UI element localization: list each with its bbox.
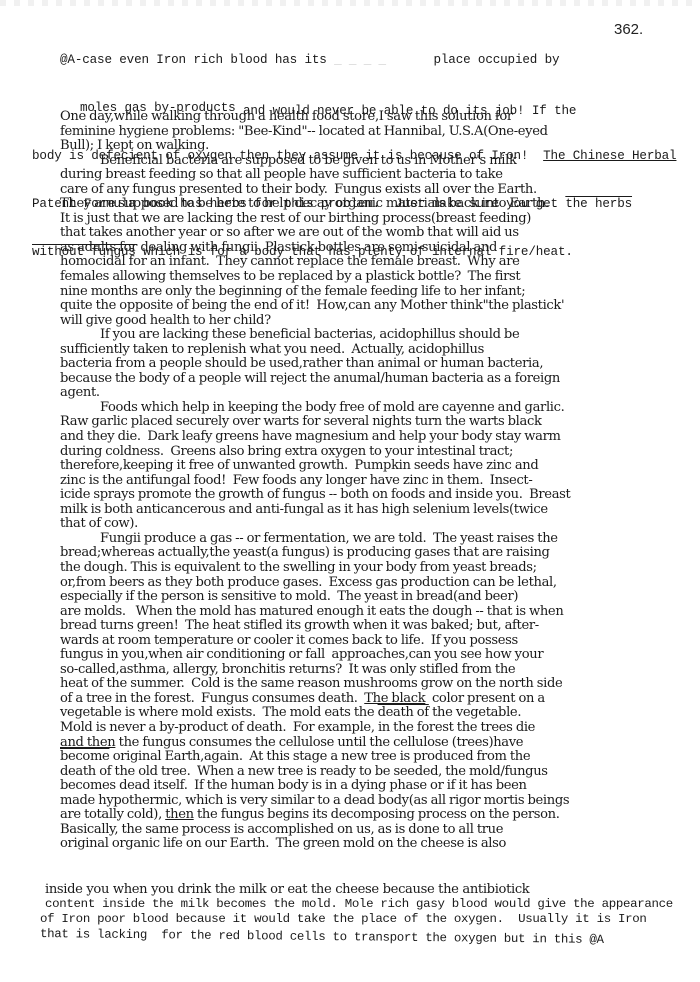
line-text: homocidal for an infant. They cannot rep… (60, 254, 520, 269)
header-line: @A-case even Iron rich blood has its _ _… (60, 52, 676, 68)
marked-text: death of (378, 705, 429, 720)
marked-text: The black (364, 691, 425, 706)
line-text: that takes another year or so after we a… (60, 225, 519, 240)
text-line: It is just that we are lacking the rest … (60, 212, 700, 227)
marked-text: become (60, 749, 109, 764)
line-text: Mold is never a by-product of death. For… (60, 720, 535, 735)
line-text: during coldness. Greens also bring extra… (60, 444, 513, 459)
footer-typed-block: inside you when you drink the milk or ea… (40, 882, 673, 942)
text-line: homocidal for an infant. They cannot rep… (60, 255, 700, 270)
line-text: Raw garlic placed securely over warts fo… (60, 414, 542, 429)
line-text: death of the old tree. When a new tree i… (60, 764, 548, 779)
text-line: They are supposed to be here to help dec… (60, 197, 700, 212)
text-line: because the body of a people will reject… (60, 372, 700, 387)
text-line: milk is both anticancerous and anti-fung… (60, 503, 700, 518)
text-line: Foods which help in keeping the body fre… (60, 401, 700, 416)
line-text: If you are lacking these beneficial bact… (100, 327, 519, 342)
line-text: sufficiently taken to replenish what you… (60, 342, 484, 357)
text-line: as adults for dealing with fungii. Plast… (60, 241, 700, 256)
text-line: and then the fungus consumes the cellulo… (60, 736, 700, 751)
line-text: It is just that we are lacking the rest … (60, 211, 531, 226)
line-text: Basically, the same process is accomplis… (60, 822, 503, 837)
text-line: bread turns green! The heat stifled its … (60, 619, 700, 634)
footer-line: that is lacking for the red blood cells … (40, 927, 673, 949)
line-text: the fungus begins its decomposing proces… (194, 807, 560, 822)
text-line: during breast feeding so that all people… (60, 168, 700, 183)
line-text: zinc is the antifungal food! Few foods a… (60, 473, 532, 488)
text-line: vegetable is where mold exists. The mold… (60, 706, 700, 721)
text-line: icide sprays promote the growth of fungu… (60, 488, 700, 503)
line-text: Bull); I kept on walking. (60, 138, 209, 153)
text-line: that of cow). (60, 517, 700, 532)
text-line: and they die. Dark leafy greens have mag… (60, 430, 700, 445)
text-line: that takes another year or so after we a… (60, 226, 700, 241)
line-text: Foods which help in keeping the body fre… (100, 400, 564, 415)
text-line: are molds. When the mold has matured eno… (60, 605, 700, 620)
line-text: wards at room temperature or cooler it c… (60, 633, 518, 648)
footer-line: of Iron poor blood because it would take… (40, 912, 673, 927)
line-text: so-called,asthma, allergy, bronchitis re… (60, 662, 515, 677)
line-text: Fungii produce a gas -- or fermentation,… (100, 531, 558, 546)
line-text: Beneficial bacteria are supposed to be g… (100, 153, 517, 168)
text-line: agent. (60, 386, 700, 401)
text-line: If you are lacking these beneficial bact… (60, 328, 700, 343)
line-text: icide sprays promote the growth of fungu… (60, 487, 570, 502)
erased-blank: _ _ _ _ (334, 52, 426, 68)
line-text: nine months are only the beginning of th… (60, 284, 525, 299)
line-text: as adults for dealing with fungii. Plast… (60, 240, 497, 255)
text-line: bread;whereas actually,the yeast(a fungu… (60, 546, 700, 561)
line-text: milk is both anticancerous and anti-fung… (60, 502, 548, 517)
line-text: One day,while walking through a health f… (60, 109, 513, 124)
line-text: heat of the summer. Cold is the same rea… (60, 676, 562, 691)
text-line: original organic life on our Earth. The … (60, 837, 700, 852)
line-text: fungus in you,when air conditioning or f… (60, 647, 543, 662)
text-line: Bull); I kept on walking. (60, 139, 700, 154)
line-text: are totally cold), (60, 807, 165, 822)
scan-artifact (0, 0, 700, 6)
line-text: therefore,keeping it free of unwanted gr… (60, 458, 538, 473)
text-line: bacteria from a people should be used,ra… (60, 357, 700, 372)
text-line: quite the opposite of being the end of i… (60, 299, 700, 314)
marked-text: then (165, 807, 193, 822)
line-text: that of cow). (60, 516, 138, 531)
line-text: the fungus consumes the cellulose until … (115, 735, 523, 750)
line-text: the vegetable. (429, 705, 521, 720)
text-line: One day,while walking through a health f… (60, 110, 700, 125)
line-text: especially if the person is sensitive to… (60, 589, 518, 604)
text-line: sufficiently taken to replenish what you… (60, 343, 700, 358)
body-text: One day,while walking through a health f… (60, 110, 700, 852)
footer-line: content inside the milk becomes the mold… (40, 897, 673, 912)
line-text: vegetable is where mold exists. The mold… (60, 705, 378, 720)
text-line: fungus in you,when air conditioning or f… (60, 648, 700, 663)
text-line: are totally cold), then the fungus begin… (60, 808, 700, 823)
text-line: the dough. This is equivalent to the swe… (60, 561, 700, 576)
text-line: during coldness. Greens also bring extra… (60, 445, 700, 460)
line-text: They are supposed to be here to help dec… (60, 196, 549, 211)
line-text: original Earth,again. At this stage a ne… (109, 749, 530, 764)
text-line: Basically, the same process is accomplis… (60, 823, 700, 838)
text-line: become original Earth,again. At this sta… (60, 750, 700, 765)
text-line: so-called,asthma, allergy, bronchitis re… (60, 663, 700, 678)
line-text: the dough. This is equivalent to the swe… (60, 560, 537, 575)
text-line: Beneficial bacteria are supposed to be g… (60, 154, 700, 169)
line-text: because the body of a people will reject… (60, 371, 560, 386)
text-line: therefore,keeping it free of unwanted gr… (60, 459, 700, 474)
text-line: Fungii produce a gas -- or fermentation,… (60, 532, 700, 547)
text-line: death of the old tree. When a new tree i… (60, 765, 700, 780)
header-text: @A-case even Iron rich blood has its (60, 53, 334, 67)
text-line: made hypothermic, which is very similar … (60, 794, 700, 809)
text-line: nine months are only the beginning of th… (60, 285, 700, 300)
line-text: during breast feeding so that all people… (60, 167, 503, 182)
line-text: of a tree in the forest. Fungus consumes… (60, 691, 364, 706)
text-line: or,from beers as they both produce gases… (60, 576, 700, 591)
line-text: feminine hygiene problems: "Bee-Kind"-- … (60, 124, 548, 139)
line-text: care of any fungus presented to their bo… (60, 182, 537, 197)
line-text: or,from beers as they both produce gases… (60, 575, 557, 590)
line-text: bread turns green! The heat stifled its … (60, 618, 539, 633)
line-text: females allowing themselves to be replac… (60, 269, 520, 284)
line-text: original organic life on our Earth. The … (60, 836, 506, 851)
text-line: feminine hygiene problems: "Bee-Kind"-- … (60, 125, 700, 140)
text-line: care of any fungus presented to their bo… (60, 183, 700, 198)
line-text: and they die. Dark leafy greens have mag… (60, 429, 561, 444)
line-text: made hypothermic, which is very similar … (60, 793, 569, 808)
line-text: quite the opposite of being the end of i… (60, 298, 564, 313)
text-line: wards at room temperature or cooler it c… (60, 634, 700, 649)
text-line: Mold is never a by-product of death. For… (60, 721, 700, 736)
line-text: bread;whereas actually,the yeast(a fungu… (60, 545, 550, 560)
footer-line: inside you when you drink the milk or ea… (40, 882, 673, 897)
line-text: are molds. When the mold has matured eno… (60, 604, 563, 619)
text-line: will give good health to her child? (60, 314, 700, 329)
line-text: color present on a (425, 691, 545, 706)
text-line: Raw garlic placed securely over warts fo… (60, 415, 700, 430)
line-text: bacteria from a people should be used,ra… (60, 356, 543, 371)
text-line: heat of the summer. Cold is the same rea… (60, 677, 700, 692)
line-text: becomes dead itself. If the human body i… (60, 778, 527, 793)
line-text: will give good health to her child? (60, 313, 271, 328)
text-line: becomes dead itself. If the human body i… (60, 779, 700, 794)
marked-text: and then (60, 735, 115, 750)
text-line: especially if the person is sensitive to… (60, 590, 700, 605)
header-text: place occupied by (426, 53, 559, 67)
line-text: agent. (60, 385, 100, 400)
text-line: zinc is the antifungal food! Few foods a… (60, 474, 700, 489)
text-line: females allowing themselves to be replac… (60, 270, 700, 285)
